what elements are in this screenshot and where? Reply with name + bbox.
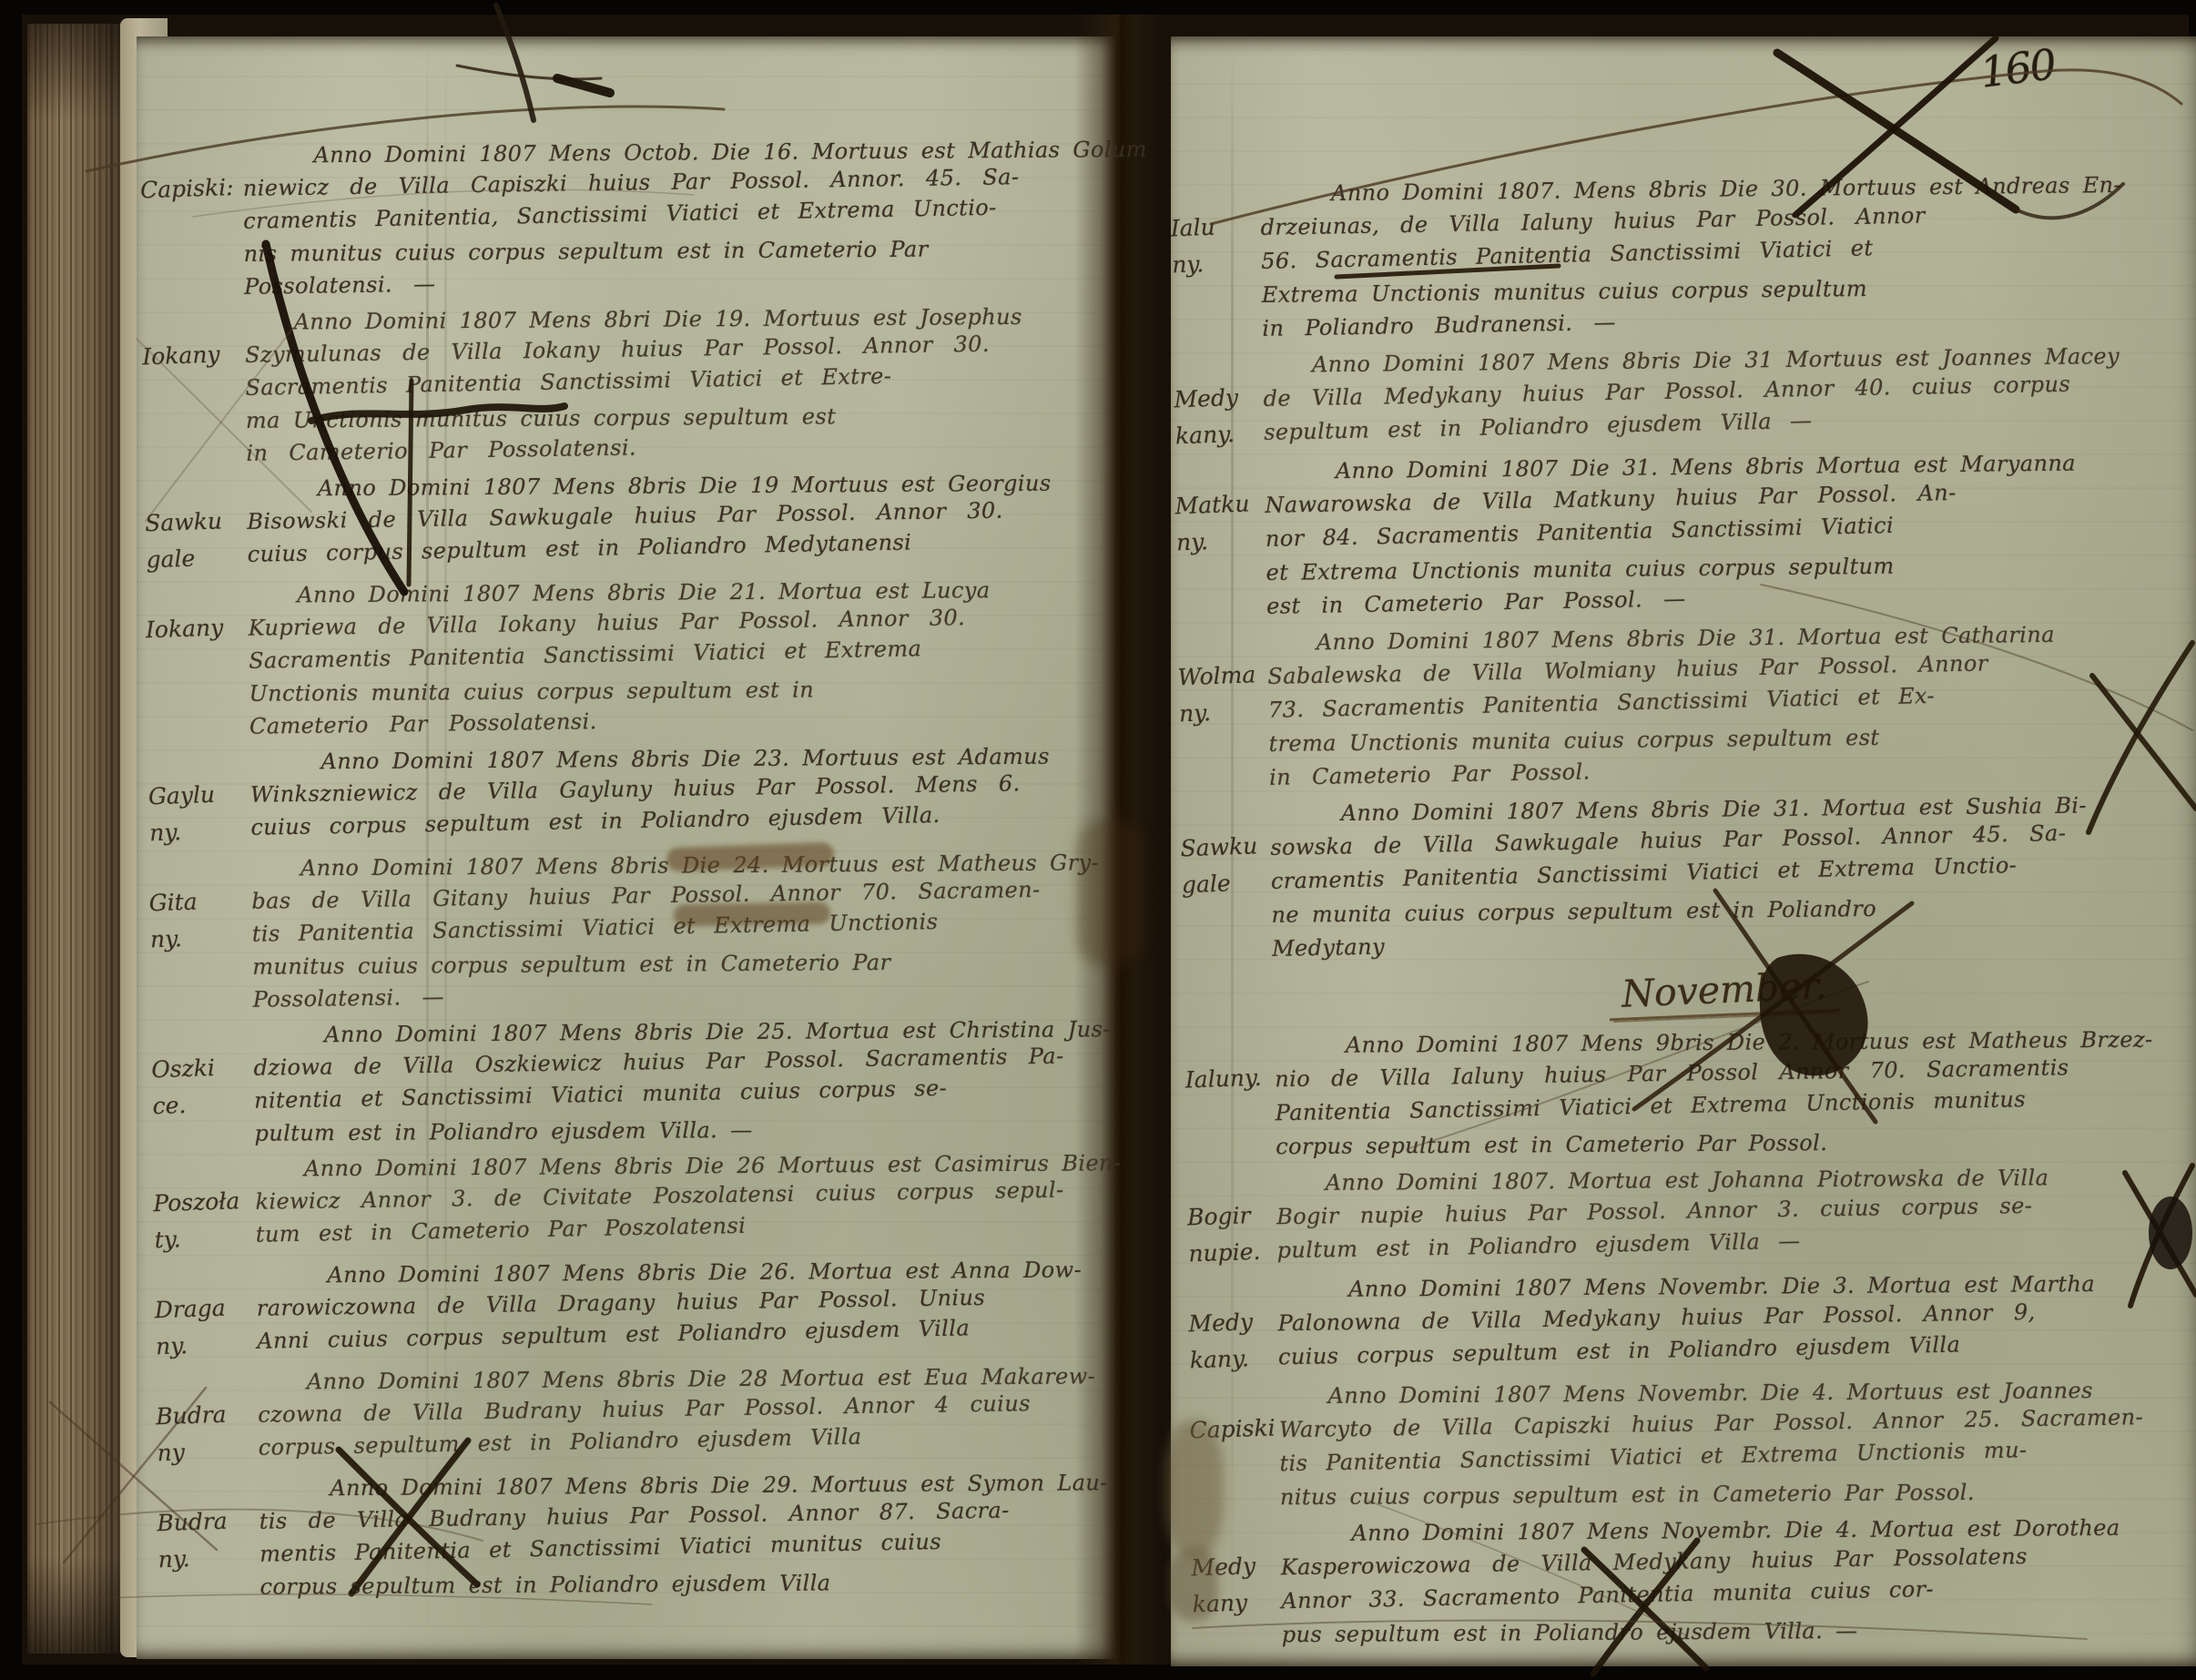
margin-place-label: Medy kany. [1182,1272,1280,1379]
entry-text: Anno Domini 1807 Mens 8bris Die 23. Mort… [249,736,1072,850]
entry-text: Anno Domini 1807 Mens 8bris Die 29. Mort… [259,1461,1109,1603]
entry-text: Anno Domini 1807 Mens 8bris Die 26 Mortu… [255,1142,1123,1257]
register-entry: Ialu ny. Anno Domini 1807. Mens 8bris Di… [1165,164,2151,348]
register-entry: Iokany Anno Domini 1807 Mens 8bri Die 19… [137,296,1067,471]
register-entry: Sawku gale Anno Domini 1807 Mens 8bris D… [1174,784,2160,968]
entry-text: Anno Domini 1807 Mens Octob. Die 16. Mor… [242,128,1149,303]
register-entry: Ialuny. Anno Domini 1807 Mens 9bris Die … [1180,1018,2165,1165]
register-entry: Capiski Anno Domini 1807 Mens Novembr. D… [1184,1369,2169,1515]
entry-text: Anno Domini 1807 Mens 8bris Die 25. Mort… [253,1008,1112,1149]
margin-place-label: Ialu ny. [1164,177,1265,349]
entry-line: nitus cuius corpus sepultum est in Camet… [1280,1474,2169,1514]
register-entry: Matku ny. Anno Domini 1807 Die 31. Mens … [1170,442,2156,626]
month-header-text: November. [1608,963,1840,1022]
register-entry: Gita ny. Anno Domini 1807 Mens 8bris Die… [144,842,1074,1017]
margin-place-label: Sawku gale [138,472,249,579]
entry-text: Anno Domini 1807 Mens Novembr. Die 3. Mo… [1277,1262,2167,1377]
register-entry: Oszki ce. Anno Domini 1807 Mens 8bris Di… [146,1009,1076,1151]
margin-place-label: Iokany [136,305,249,473]
entry-line: pus sepultum est in Poliandro ejusdem Vi… [1282,1612,2171,1652]
page-number: 160 [1977,39,2058,97]
margin-place-label: Draga ny. [147,1258,259,1366]
margin-place-label: Budra ny. [150,1471,262,1606]
margin-place-label: Medy kany. [1167,348,1266,455]
register-entry: Budra ny. Anno Domini 1807 Mens 8bris Di… [151,1462,1082,1604]
entry-text: Anno Domini 1807 Mens 8bri Die 19. Mortu… [244,296,1067,470]
entry-text: Anno Domini 1807 Mens 8bris Die 31. Mort… [1266,613,2158,795]
margin-place-label: Medy kany [1184,1516,1284,1654]
register-entry: Medy kany. Anno Domini 1807 Mens Novembr… [1183,1262,2167,1378]
right-entries-november: Ialuny. Anno Domini 1807 Mens 9bris Die … [1180,1018,2171,1653]
entry-text: Anno Domini 1807 Die 31. Mens 8bris Mort… [1265,442,2156,624]
right-entries-october: Ialu ny. Anno Domini 1807. Mens 8bris Di… [1164,111,2160,968]
register-entry: Sawku gale Anno Domini 1807 Mens 8bris D… [139,463,1069,577]
register-entry: Medy kany Anno Domini 1807 Mens Novembr.… [1185,1506,2171,1653]
margin-place-label: Matku ny. [1168,454,1269,626]
entry-line: corpus sepultum est in Poliandro ejusdem… [259,1564,1109,1604]
right-page-entries: Ialu ny. Anno Domini 1807. Mens 8bris Di… [1164,111,2171,1658]
register-entry: Capiski: Anno Domini 1807 Mens Octob. Di… [135,129,1065,304]
entry-text: Anno Domini 1807. Mortua est Johanna Pio… [1276,1156,2165,1270]
margin-place-label: Bogir nupie. [1180,1166,1278,1272]
entry-text: Anno Domini 1807 Mens 8bris Die 26. Mort… [256,1249,1083,1363]
entry-text: Anno Domini 1807 Mens 8bris Die 21. Mort… [248,569,1071,743]
entry-text: Anno Domini 1807 Mens 8bris Die 28 Mortu… [258,1356,1097,1470]
margin-place-label: Gaylu ny. [141,745,252,852]
margin-place-label: Budra ny [148,1365,259,1472]
entry-text: Anno Domini 1807 Mens 8bris Die 24. Mort… [251,841,1101,1015]
margin-place-label: Iokany [138,578,251,746]
margin-place-label: Gita ny. [142,851,255,1019]
register-entry: Poszoła ty. Anno Domini 1807 Mens 8bris … [147,1143,1077,1257]
register-entry: Medy kany. Anno Domini 1807 Mens 8bris D… [1168,335,2153,454]
entry-text: Anno Domini 1807 Mens 8bris Die 19 Mortu… [247,463,1069,576]
register-entry: Wolma ny. Anno Domini 1807 Mens 8bris Di… [1173,613,2159,797]
left-page-entries: Capiski: Anno Domini 1807 Mens Octob. Di… [135,129,1082,1607]
margin-place-label: Capiski [1183,1379,1282,1516]
entry-text: Anno Domini 1807 Mens Novembr. Die 4. Mo… [1280,1506,2171,1652]
entry-text: Anno Domini 1807 Mens 8bris Die 31. Mort… [1269,784,2160,966]
margin-place-label: Capiski: [133,138,246,306]
entry-line: corpus sepultum est in Cameterio Par Pos… [1276,1124,2164,1164]
register-entry: Budra ny Anno Domini 1807 Mens 8bris Die… [150,1356,1080,1471]
margin-place-label: Sawku gale [1174,797,1275,969]
register-entry: Iokany Anno Domini 1807 Mens 8bris Die 2… [140,569,1071,744]
margin-place-label: Ialuny. [1178,1028,1277,1166]
entry-text: Anno Domini 1807 Mens 8bris Die 31 Mortu… [1263,335,2153,453]
margin-place-label: Poszoła ty. [147,1152,258,1259]
margin-place-label: Oszki ce. [145,1018,257,1153]
entry-text: Anno Domini 1807. Mens 8bris Die 30. Mor… [1260,164,2151,346]
register-entry: Gaylu ny. Anno Domini 1807 Mens 8bris Di… [142,736,1072,850]
margin-place-label: Wolma ny. [1171,626,1272,798]
register-entry: Bogir nupie. Anno Domini 1807. Mortua es… [1181,1156,2165,1271]
register-entry: Draga ny. Anno Domini 1807 Mens 8bris Di… [148,1249,1078,1364]
entry-text: Anno Domini 1807 Mens Novembr. Die 4. Mo… [1278,1369,2169,1514]
entry-text: Anno Domini 1807 Mens 9bris Die 2. Mortu… [1275,1018,2165,1164]
manuscript-scan: Capiski: Anno Domini 1807 Mens Octob. Di… [0,0,2196,1680]
entry-line: pultum est in Poliandro ejusdem Villa. — [254,1111,1112,1150]
